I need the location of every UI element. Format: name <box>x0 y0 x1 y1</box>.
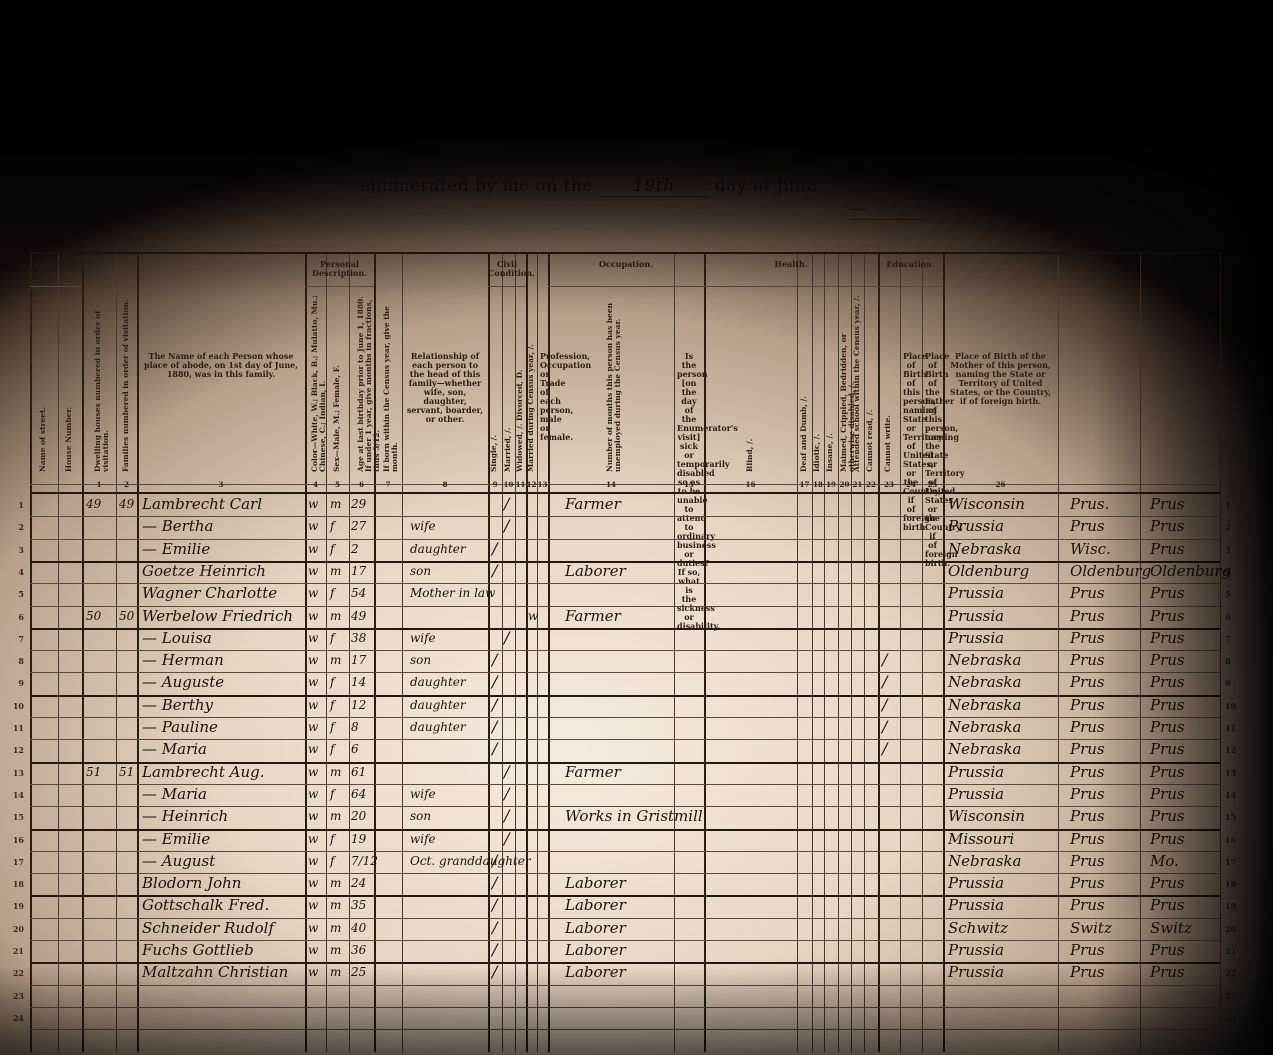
color: w <box>308 853 318 869</box>
father-birthplace: Prus <box>1070 652 1105 668</box>
age: 29 <box>351 496 366 512</box>
column-divider <box>402 252 403 1052</box>
column-label: Profession, Occupation or Trade of each … <box>540 352 545 442</box>
group-heading-personal-description: Personal Description. <box>305 260 374 278</box>
color: w <box>308 831 318 847</box>
father-birthplace: Prus <box>1070 764 1105 780</box>
single-mark: / <box>492 719 497 735</box>
relationship: wife <box>410 518 436 534</box>
age: 61 <box>351 764 366 780</box>
age: 40 <box>351 920 366 936</box>
column-number: 11 <box>515 480 526 489</box>
age: 27 <box>351 518 366 534</box>
relationship: wife <box>410 630 436 646</box>
column-number: 25 <box>922 480 943 489</box>
occupation: Laborer <box>565 563 626 579</box>
mother-birthplace: Oldenburg <box>1150 563 1231 579</box>
column-divider <box>82 252 84 1052</box>
column-number: 4 <box>305 480 326 489</box>
line-number: 18 <box>4 879 24 889</box>
mother-birthplace: Prus <box>1150 674 1185 690</box>
married-mark: / <box>504 630 509 646</box>
birthplace: Wisconsin <box>948 496 1025 512</box>
mother-birthplace: Prus <box>1150 652 1185 668</box>
group-heading-occupation: Occupation. <box>548 260 704 269</box>
column-number: 16 <box>704 480 797 489</box>
person-name: Blodorn John <box>142 875 241 891</box>
line-number-right: 20 <box>1225 924 1236 934</box>
group-heading-underline <box>30 286 82 287</box>
person-name: — Emilie <box>142 541 210 557</box>
sex: m <box>330 875 341 891</box>
enumerated-prefix: enumerated by me on the <box>360 176 593 196</box>
school-mark: / <box>882 719 887 735</box>
person-name: Lambrecht Carl <box>142 496 262 512</box>
sex: m <box>330 608 341 624</box>
occupation: Laborer <box>565 920 626 936</box>
father-birthplace: Prus <box>1070 853 1105 869</box>
sex: f <box>330 853 334 869</box>
father-birthplace: Prus <box>1070 518 1105 534</box>
color: w <box>308 608 318 624</box>
line-number-right: 11 <box>1225 723 1236 733</box>
person-name: Goetze Heinrich <box>142 563 266 579</box>
column-label: Is the person [on the day of the Enumera… <box>677 352 701 631</box>
father-birthplace: Prus <box>1070 831 1105 847</box>
line-number: 19 <box>4 901 24 911</box>
single-mark: / <box>492 674 497 690</box>
father-birthplace: Prus <box>1070 719 1105 735</box>
group-heading-underline <box>548 286 704 287</box>
birthplace: Prussia <box>948 897 1004 913</box>
single-mark: / <box>492 652 497 668</box>
birthplace: Nebraska <box>948 853 1021 869</box>
sex: f <box>330 831 334 847</box>
column-label: Dwelling houses numbered in order of vis… <box>94 292 110 472</box>
mother-birthplace: Prus <box>1150 964 1185 980</box>
mother-birthplace: Prus <box>1150 897 1185 913</box>
family-number: 49 <box>119 496 134 512</box>
mother-birthplace: Prus <box>1150 518 1185 534</box>
age: 64 <box>351 786 366 802</box>
column-label: Place of Birth of the Mother of this per… <box>946 352 1055 406</box>
line-number: 13 <box>4 768 24 778</box>
column-number: 1 <box>82 480 116 489</box>
father-birthplace: Prus <box>1070 942 1105 958</box>
column-number: 17 <box>797 480 812 489</box>
color: w <box>308 964 318 980</box>
mother-birthplace: Prus <box>1150 496 1185 512</box>
line-number: 2 <box>4 522 24 532</box>
single-mark: / <box>492 875 497 891</box>
married-mark: / <box>504 808 509 824</box>
sex: f <box>330 630 334 646</box>
line-number: 10 <box>4 701 24 711</box>
line-number-right: 22 <box>1225 968 1236 978</box>
line-number-right: 2 <box>1225 522 1231 532</box>
column-label: Number of months this person has been un… <box>606 292 622 472</box>
color: w <box>308 764 318 780</box>
person-name: — Emilie <box>142 831 210 847</box>
column-number: 5 <box>326 480 349 489</box>
relationship: son <box>410 652 431 668</box>
birthplace: Prussia <box>948 585 1004 601</box>
column-label: If born within the Census year, give the… <box>383 292 399 472</box>
line-number-right: 12 <box>1225 745 1236 755</box>
birthplace: Missouri <box>948 831 1014 847</box>
column-number: 10 <box>502 480 515 489</box>
column-label: Color—White, W.; Black, B.; Mulatto, Mu.… <box>311 292 327 472</box>
birthplace: Prussia <box>948 630 1004 646</box>
person-name: — Maria <box>142 786 207 802</box>
column-divider <box>864 252 865 1052</box>
table-top-border <box>30 252 1220 254</box>
column-label: The Name of each Person whose place of a… <box>140 352 302 379</box>
age: 6 <box>351 741 359 757</box>
school-mark: / <box>882 741 887 757</box>
line-number-right: 6 <box>1225 612 1231 622</box>
enumerator-signature: — <box>850 198 930 220</box>
father-birthplace: Prus <box>1070 608 1105 624</box>
line-number: 12 <box>4 745 24 755</box>
column-number: 6 <box>349 480 374 489</box>
mother-birthplace: Prus <box>1150 808 1185 824</box>
sex: m <box>330 897 341 913</box>
column-divider <box>305 252 307 1052</box>
single-mark: / <box>492 920 497 936</box>
line-number: 8 <box>4 656 24 666</box>
person-name: Fuchs Gottlieb <box>142 942 254 958</box>
single-mark: / <box>492 741 497 757</box>
sex: f <box>330 719 334 735</box>
enumerated-suffix: day of June <box>715 176 817 196</box>
father-birthplace: Prus <box>1070 875 1105 891</box>
column-label: Age at last birthday prior to June 1, 18… <box>357 292 381 472</box>
column-divider <box>502 252 503 1052</box>
color: w <box>308 563 318 579</box>
column-label: Insane, /. <box>826 292 834 472</box>
birthplace: Prussia <box>948 964 1004 980</box>
column-label: Deaf and Dumb, /. <box>800 292 808 472</box>
line-number-right: 1 <box>1225 500 1231 510</box>
father-birthplace: Switz <box>1070 920 1112 936</box>
relationship: Mother in law <box>410 585 495 601</box>
age: 19 <box>351 831 366 847</box>
line-number: 3 <box>4 545 24 555</box>
married-census-year: w <box>528 608 538 624</box>
relationship: Oct. granddaughter <box>410 853 531 869</box>
occupation: Farmer <box>565 764 621 780</box>
column-number: 23 <box>878 480 900 489</box>
color: w <box>308 875 318 891</box>
line-number: 4 <box>4 567 24 577</box>
column-divider <box>1058 252 1059 1052</box>
column-number: 13 <box>537 480 548 489</box>
color: w <box>308 697 318 713</box>
column-number: 3 <box>137 480 305 489</box>
group-heading-underline <box>305 286 374 287</box>
birthplace: Nebraska <box>948 652 1021 668</box>
color: w <box>308 786 318 802</box>
column-number: 19 <box>824 480 838 489</box>
column-label: House Number. <box>65 292 73 472</box>
color: w <box>308 518 318 534</box>
birthplace: Prussia <box>948 875 1004 891</box>
line-number-right: 15 <box>1225 812 1236 822</box>
age: 36 <box>351 942 366 958</box>
birthplace: Nebraska <box>948 719 1021 735</box>
sex: f <box>330 697 334 713</box>
column-number: 8 <box>402 480 488 489</box>
father-birthplace: Oldenburg <box>1070 563 1151 579</box>
dwelling-number: 50 <box>86 608 101 624</box>
column-number: 22 <box>864 480 878 489</box>
father-birthplace: Prus <box>1070 786 1105 802</box>
color: w <box>308 920 318 936</box>
father-birthplace: Prus <box>1070 897 1105 913</box>
color: w <box>308 808 318 824</box>
school-mark: / <box>882 652 887 668</box>
sex: f <box>330 741 334 757</box>
birthplace: Nebraska <box>948 741 1021 757</box>
married-mark: / <box>504 496 509 512</box>
mother-birthplace: Prus <box>1150 541 1185 557</box>
age: 35 <box>351 897 366 913</box>
mother-birthplace: Prus <box>1150 764 1185 780</box>
occupation: Laborer <box>565 875 626 891</box>
column-label: Single, /. <box>490 292 498 472</box>
sex: m <box>330 964 341 980</box>
column-number: 20 <box>838 480 851 489</box>
person-name: — Maria <box>142 741 207 757</box>
single-mark: / <box>492 697 497 713</box>
dwelling-number: 51 <box>86 764 101 780</box>
column-number: 18 <box>812 480 824 489</box>
married-mark: / <box>504 831 509 847</box>
birthplace: Prussia <box>948 608 1004 624</box>
mother-birthplace: Prus <box>1150 608 1185 624</box>
birthplace: Prussia <box>948 786 1004 802</box>
line-number: 20 <box>4 924 24 934</box>
column-label: Relationship of each person to the head … <box>405 352 485 424</box>
person-name: — Herman <box>142 652 224 668</box>
column-label: Cannot write. <box>884 292 892 472</box>
column-divider <box>30 252 32 1052</box>
color: w <box>308 652 318 668</box>
father-birthplace: Prus <box>1070 585 1105 601</box>
line-number-right: 13 <box>1225 768 1236 778</box>
mother-birthplace: Mo. <box>1150 853 1179 869</box>
line-number-right: 14 <box>1225 790 1236 800</box>
sex: m <box>330 496 341 512</box>
mother-birthplace: Prus <box>1150 630 1185 646</box>
relationship: daughter <box>410 541 466 557</box>
birthplace: Prussia <box>948 764 1004 780</box>
occupation: Farmer <box>565 608 621 624</box>
line-number-right: 23 <box>1225 991 1236 1001</box>
school-mark: / <box>882 697 887 713</box>
father-birthplace: Prus <box>1070 808 1105 824</box>
sex: m <box>330 652 341 668</box>
age: 24 <box>351 875 366 891</box>
birthplace: Prussia <box>948 942 1004 958</box>
person-name: — Louisa <box>142 630 212 646</box>
relationship: daughter <box>410 719 466 735</box>
mother-birthplace: Prus <box>1150 831 1185 847</box>
single-mark: / <box>492 942 497 958</box>
relationship: daughter <box>410 697 466 713</box>
line-number-right: 5 <box>1225 589 1231 599</box>
birthplace: Nebraska <box>948 541 1021 557</box>
relationship: daughter <box>410 674 466 690</box>
person-name: Gottschalk Fred. <box>142 897 269 913</box>
column-divider <box>797 252 798 1052</box>
color: w <box>308 741 318 757</box>
line-number-right: 8 <box>1225 656 1231 666</box>
birthplace: Schwitz <box>948 920 1008 936</box>
header-bottom-border <box>30 492 1220 494</box>
father-birthplace: Prus <box>1070 964 1105 980</box>
line-number-right: 3 <box>1225 545 1231 555</box>
birthplace: Oldenburg <box>948 563 1029 579</box>
sex: f <box>330 786 334 802</box>
occupation: Laborer <box>565 942 626 958</box>
sex: f <box>330 585 334 601</box>
color: w <box>308 719 318 735</box>
father-birthplace: Prus <box>1070 697 1105 713</box>
column-number: 7 <box>374 480 402 489</box>
father-birthplace: Prus <box>1070 630 1105 646</box>
age: 17 <box>351 563 366 579</box>
sex: m <box>330 920 341 936</box>
column-label: Place of Birth of this person, naming St… <box>903 352 919 532</box>
age: 38 <box>351 630 366 646</box>
mother-birthplace: Switz <box>1150 920 1192 936</box>
mother-birthplace: Prus <box>1150 786 1185 802</box>
sex: f <box>330 674 334 690</box>
color: w <box>308 541 318 557</box>
column-label: Blind, /. <box>746 292 754 472</box>
sex: m <box>330 808 341 824</box>
person-name: Schneider Rudolf <box>142 920 274 936</box>
group-heading-in-cities: In Cities. <box>30 260 82 269</box>
father-birthplace: Prus <box>1070 674 1105 690</box>
column-divider <box>116 252 117 1052</box>
sex: m <box>330 764 341 780</box>
mother-birthplace: Prus <box>1150 585 1185 601</box>
sex: f <box>330 541 334 557</box>
occupation: Farmer <box>565 496 621 512</box>
column-label: Sex—Male, M.; Female, F. <box>333 292 341 472</box>
line-number-right: 21 <box>1225 946 1236 956</box>
family-number: 51 <box>119 764 134 780</box>
age: 8 <box>351 719 359 735</box>
column-number: 2 <box>116 480 137 489</box>
sex: m <box>330 942 341 958</box>
occupation: Laborer <box>565 897 626 913</box>
group-heading-civil-condition: Civil Condition. <box>488 260 526 278</box>
column-label: Married, /. <box>504 292 512 472</box>
person-name: — Berthy <box>142 697 213 713</box>
column-label: Place of Birth of the Father of this per… <box>925 352 940 568</box>
row-divider <box>30 985 1220 986</box>
line-number: 6 <box>4 612 24 622</box>
mother-birthplace: Prus <box>1150 942 1185 958</box>
column-label: Widowed, /. Divorced, D. <box>516 292 524 472</box>
birthplace: Nebraska <box>948 697 1021 713</box>
column-number: 24 <box>900 480 922 489</box>
line-number: 22 <box>4 968 24 978</box>
birthplace: Nebraska <box>948 674 1021 690</box>
column-label: Attended school within the Census year, … <box>853 292 861 472</box>
line-number: 14 <box>4 790 24 800</box>
column-label: Name of street. <box>39 292 47 472</box>
line-number: 16 <box>4 835 24 845</box>
sex: m <box>330 563 341 579</box>
color: w <box>308 630 318 646</box>
group-heading-education: Education. <box>878 260 943 269</box>
column-divider <box>900 252 901 1052</box>
column-divider <box>537 252 538 1052</box>
line-number: 9 <box>4 678 24 688</box>
enumerated-day: 19th <box>599 176 709 197</box>
column-divider <box>137 252 139 1052</box>
age: 49 <box>351 608 366 624</box>
line-number-right: 10 <box>1225 701 1236 711</box>
occupation: Laborer <box>565 964 626 980</box>
group-heading-underline <box>704 286 878 287</box>
group-heading-health: Health. <box>704 260 878 269</box>
line-number: 17 <box>4 857 24 867</box>
school-mark: / <box>882 674 887 690</box>
age: 12 <box>351 697 366 713</box>
relationship: son <box>410 808 431 824</box>
row-divider <box>30 739 1220 740</box>
column-number: 21 <box>851 480 864 489</box>
line-number: 21 <box>4 946 24 956</box>
married-mark: / <box>504 764 509 780</box>
age: 14 <box>351 674 366 690</box>
line-number: 11 <box>4 723 24 733</box>
line-number: 24 <box>4 1013 24 1023</box>
sex: f <box>330 518 334 534</box>
column-divider <box>1140 252 1141 1052</box>
color: w <box>308 897 318 913</box>
age: 2 <box>351 541 359 557</box>
person-name: — Auguste <box>142 674 224 690</box>
column-label: Idiotic, /. <box>813 292 821 472</box>
person-name: — Heinrich <box>142 808 228 824</box>
line-number: 23 <box>4 991 24 1001</box>
mother-birthplace: Prus <box>1150 719 1185 735</box>
color: w <box>308 674 318 690</box>
single-mark: / <box>492 897 497 913</box>
column-number: 14 <box>548 480 674 489</box>
color: w <box>308 585 318 601</box>
father-birthplace: Prus <box>1070 741 1105 757</box>
father-birthplace: Wisc. <box>1070 541 1111 557</box>
color: w <box>308 942 318 958</box>
column-divider <box>824 252 825 1052</box>
relationship: wife <box>410 831 436 847</box>
single-mark: / <box>492 541 497 557</box>
single-mark: / <box>492 563 497 579</box>
line-number-right: 18 <box>1225 879 1236 889</box>
color: w <box>308 496 318 512</box>
column-label: Cannot read, /. <box>866 292 874 472</box>
person-name: — August <box>142 853 215 869</box>
line-number: 1 <box>4 500 24 510</box>
